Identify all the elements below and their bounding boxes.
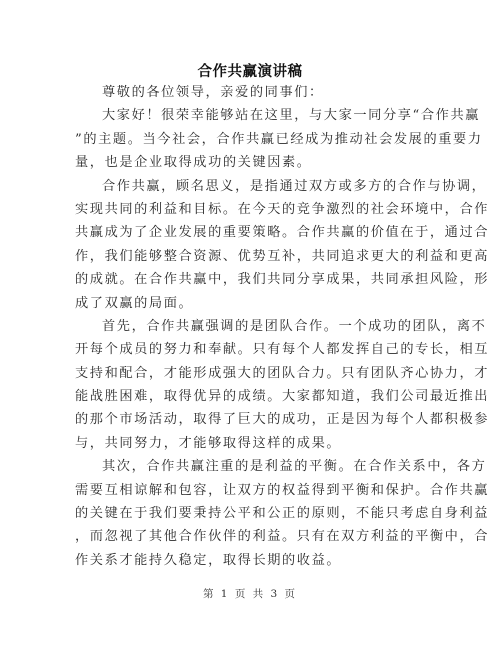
text-line: ，而忽视了其他合作伙伴的利益。只有在双方利益的平衡中，合 <box>75 525 420 548</box>
text-line: 量，也是企业取得成功的关键因素。 <box>75 151 420 174</box>
text-line: ”的主题。当今社会，合作共赢已经成为推动社会发展的重要力 <box>75 128 420 151</box>
text-line: 共赢成为了企业发展的重要策略。合作共赢的价值在于，通过合 <box>75 221 420 244</box>
text-line: 合作共赢，顾名思义，是指通过双方或多方的合作与协调， <box>75 175 420 198</box>
document-body: 尊敬的各位领导，亲爱的同事们： 大家好！很荣幸能够站在这里，与大家一同分享“合作… <box>75 81 420 572</box>
text-line: 与，共同努力，才能够取得这样的成果。 <box>75 432 420 455</box>
document-page: 合作共赢演讲稿 尊敬的各位领导，亲爱的同事们： 大家好！很荣幸能够站在这里，与大… <box>0 0 500 647</box>
text-line-salutation: 尊敬的各位领导，亲爱的同事们： <box>75 81 420 104</box>
text-line: 实现共同的利益和目标。在今天的竞争激烈的社会环境中，合作 <box>75 198 420 221</box>
page-number-footer: 第 1 页 共 3 页 <box>0 586 500 601</box>
text-line: 的关键在于我们要秉持公平和公正的原则，不能只考虑自身利益 <box>75 502 420 525</box>
text-line: 作，我们能够整合资源、优势互补，共同追求更大的利益和更高 <box>75 245 420 268</box>
text-line: 的成就。在合作共赢中，我们共同分享成果，共同承担风险，形 <box>75 268 420 291</box>
text-line: 作关系才能持久稳定，取得长期的收益。 <box>75 549 420 572</box>
text-line: 能战胜困难，取得优异的成绩。大家都知道，我们公司最近推出 <box>75 385 420 408</box>
text-line: 成了双赢的局面。 <box>75 292 420 315</box>
text-line: 开每个成员的努力和奉献。只有每个人都发挥自己的专长，相互 <box>75 338 420 361</box>
document-title: 合作共赢演讲稿 <box>0 60 500 81</box>
text-line: 首先，合作共赢强调的是团队合作。一个成功的团队，离不 <box>75 315 420 338</box>
text-line: 需要互相谅解和包容，让双方的权益得到平衡和保护。合作共赢 <box>75 479 420 502</box>
text-line: 大家好！很荣幸能够站在这里，与大家一同分享“合作共赢 <box>75 104 420 127</box>
text-line: 支持和配合，才能形成强大的团队合力。只有团队齐心协力，才 <box>75 362 420 385</box>
text-line: 的那个市场活动，取得了巨大的成功，正是因为每个人都积极参 <box>75 408 420 431</box>
text-line: 其次，合作共赢注重的是利益的平衡。在合作关系中，各方 <box>75 455 420 478</box>
